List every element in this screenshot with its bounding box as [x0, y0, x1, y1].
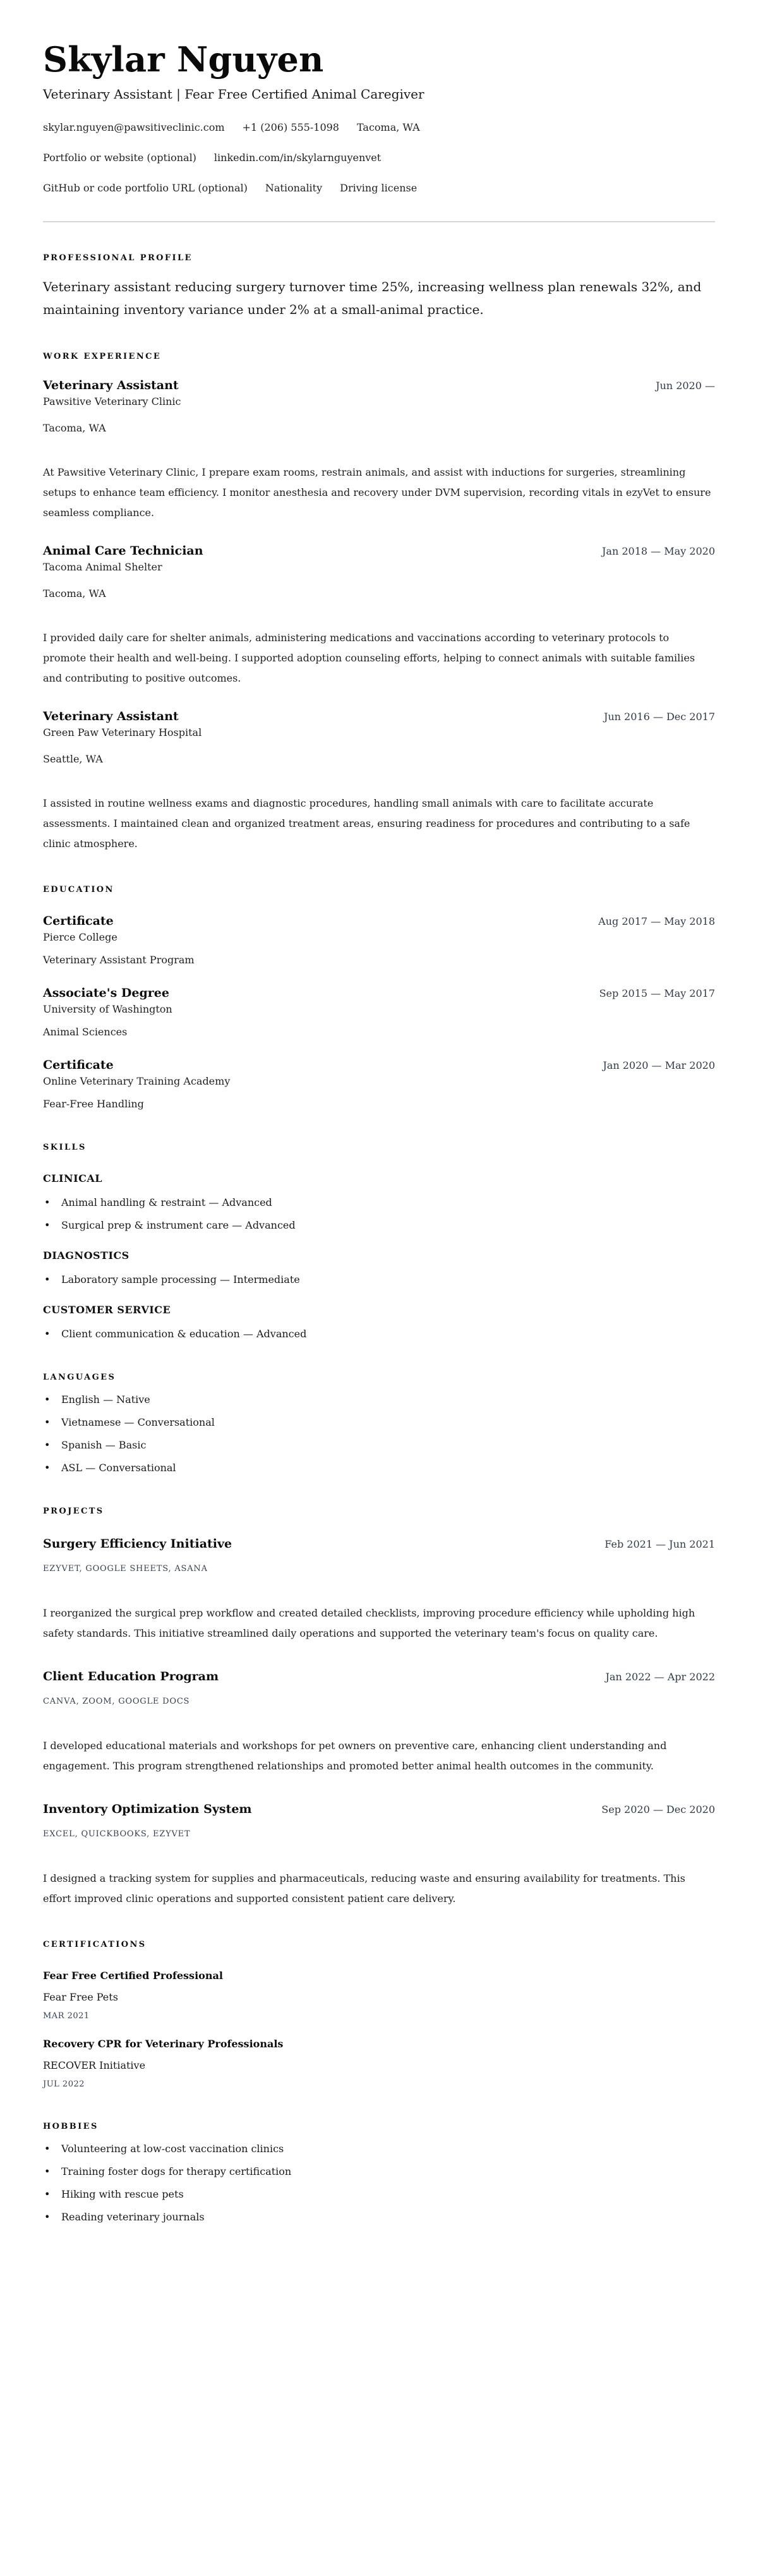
resume-header: Skylar Nguyen Veterinary Assistant | Fea… — [43, 37, 715, 222]
hobby-item: Reading veterinary journals — [43, 2210, 715, 2225]
section-title: Work Experience — [43, 351, 715, 363]
entry-header: Associate's DegreeSep 2015 — May 2017 — [43, 984, 715, 1002]
section-title: Education — [43, 884, 715, 896]
section-title: Languages — [43, 1372, 715, 1383]
contact-driving-license: Driving license — [340, 181, 417, 196]
job-title: Animal Care Technician — [43, 542, 203, 560]
degree-title: Associate's Degree — [43, 984, 169, 1002]
contact-linkedin[interactable]: linkedin.com/in/skylarnguyenvet — [214, 150, 381, 166]
company-name: Green Paw Veterinary Hospital — [43, 725, 715, 740]
language-item: Vietnamese — Conversational — [43, 1415, 715, 1430]
job-location: Tacoma, WA — [43, 586, 715, 601]
job-description: I provided daily care for shelter animal… — [43, 628, 715, 689]
entry-header: CertificateJan 2020 — Mar 2020 — [43, 1056, 715, 1074]
education-dates: Sep 2015 — May 2017 — [599, 986, 715, 1001]
contact-location: Tacoma, WA — [357, 120, 420, 135]
skill-category-title: CUSTOMER SERVICE — [43, 1303, 715, 1318]
job-dates: Jun 2016 — Dec 2017 — [604, 709, 715, 725]
school-name: Pierce College — [43, 930, 715, 945]
entry-header: Surgery Efficiency InitiativeFeb 2021 — … — [43, 1535, 715, 1553]
degree-title: Certificate — [43, 912, 114, 930]
certification-entry: Recovery CPR for Veterinary Professional… — [43, 2037, 715, 2091]
header-divider — [43, 221, 715, 222]
project-tech-stack: ezyVet, Google Sheets, Asana — [43, 1563, 715, 1575]
project-tech-stack: Canva, Zoom, Google Docs — [43, 1695, 715, 1708]
certifications-list: Fear Free Certified ProfessionalFear Fre… — [43, 1968, 715, 2091]
education-dates: Jan 2020 — Mar 2020 — [603, 1058, 715, 1073]
section-professional-profile: Professional Profile Veterinary assistan… — [43, 253, 715, 321]
field-of-study: Veterinary Assistant Program — [43, 953, 715, 968]
candidate-headline: Veterinary Assistant | Fear Free Certifi… — [43, 85, 715, 104]
contact-phone[interactable]: +1 (206) 555-1098 — [243, 120, 339, 135]
certification-name: Fear Free Certified Professional — [43, 1968, 715, 1983]
skills-list: CLINICALAnimal handling & restraint — Ad… — [43, 1171, 715, 1342]
certification-issuer: Fear Free Pets — [43, 1990, 715, 2005]
candidate-name: Skylar Nguyen — [43, 37, 715, 82]
job-location: Tacoma, WA — [43, 421, 715, 436]
project-description: I reorganized the surgical prep workflow… — [43, 1603, 715, 1644]
work-entry: Animal Care TechnicianJan 2018 — May 202… — [43, 542, 715, 689]
work-entry: Veterinary AssistantJun 2016 — Dec 2017G… — [43, 707, 715, 854]
section-projects: Projects Surgery Efficiency InitiativeFe… — [43, 1506, 715, 1909]
education-entry: Associate's DegreeSep 2015 — May 2017Uni… — [43, 984, 715, 1040]
project-dates: Feb 2021 — Jun 2021 — [605, 1537, 715, 1552]
section-hobbies: Hobbies Volunteering at low-cost vaccina… — [43, 2121, 715, 2225]
company-name: Pawsitive Veterinary Clinic — [43, 394, 715, 409]
degree-title: Certificate — [43, 1056, 114, 1074]
job-dates: Jan 2018 — May 2020 — [602, 544, 715, 559]
hobby-item: Volunteering at low-cost vaccination cli… — [43, 2141, 715, 2157]
project-entry: Surgery Efficiency InitiativeFeb 2021 — … — [43, 1535, 715, 1644]
section-certifications: Certifications Fear Free Certified Profe… — [43, 1939, 715, 2091]
project-dates: Sep 2020 — Dec 2020 — [601, 1802, 715, 1817]
certification-issuer: RECOVER Initiative — [43, 2058, 715, 2073]
contact-email[interactable]: skylar.nguyen@pawsitiveclinic.com — [43, 120, 225, 135]
job-description: I assisted in routine wellness exams and… — [43, 793, 715, 854]
entry-header: Animal Care TechnicianJan 2018 — May 202… — [43, 542, 715, 560]
section-title: Certifications — [43, 1939, 715, 1951]
project-tech-stack: Excel, QuickBooks, ezyVet — [43, 1828, 715, 1841]
resume-page: Skylar Nguyen Veterinary Assistant | Fea… — [0, 0, 758, 2250]
section-title: Hobbies — [43, 2121, 715, 2133]
section-title: Professional Profile — [43, 253, 715, 264]
education-entry: CertificateAug 2017 — May 2018Pierce Col… — [43, 912, 715, 968]
skill-list: Laboratory sample processing — Intermedi… — [43, 1272, 715, 1287]
projects-list: Surgery Efficiency InitiativeFeb 2021 — … — [43, 1535, 715, 1909]
job-title: Veterinary Assistant — [43, 707, 179, 725]
section-title: Projects — [43, 1506, 715, 1517]
section-education: Education CertificateAug 2017 — May 2018… — [43, 884, 715, 1112]
hobbies-list: Volunteering at low-cost vaccination cli… — [43, 2141, 715, 2225]
contact-row-primary: skylar.nguyen@pawsitiveclinic.com +1 (20… — [43, 120, 715, 135]
field-of-study: Fear-Free Handling — [43, 1097, 715, 1112]
project-name: Client Education Program — [43, 1668, 219, 1685]
certification-entry: Fear Free Certified ProfessionalFear Fre… — [43, 1968, 715, 2023]
job-title: Veterinary Assistant — [43, 376, 179, 394]
hobby-item: Training foster dogs for therapy certifi… — [43, 2164, 715, 2179]
language-item: ASL — Conversational — [43, 1460, 715, 1476]
profile-summary: Veterinary assistant reducing surgery tu… — [43, 275, 715, 321]
project-name: Inventory Optimization System — [43, 1800, 252, 1818]
hobby-item: Hiking with rescue pets — [43, 2187, 715, 2202]
section-languages: Languages English — NativeVietnamese — C… — [43, 1372, 715, 1476]
school-name: Online Veterinary Training Academy — [43, 1074, 715, 1089]
work-entry: Veterinary AssistantJun 2020 —Pawsitive … — [43, 376, 715, 523]
language-item: English — Native — [43, 1392, 715, 1407]
entry-header: Veterinary AssistantJun 2016 — Dec 2017 — [43, 707, 715, 725]
project-entry: Inventory Optimization SystemSep 2020 — … — [43, 1800, 715, 1909]
skill-item: Laboratory sample processing — Intermedi… — [43, 1272, 715, 1287]
section-title: Skills — [43, 1142, 715, 1153]
project-name: Surgery Efficiency Initiative — [43, 1535, 232, 1553]
certification-date: Mar 2021 — [43, 2010, 715, 2023]
entry-header: Client Education ProgramJan 2022 — Apr 2… — [43, 1668, 715, 1685]
education-dates: Aug 2017 — May 2018 — [598, 914, 715, 929]
section-skills: Skills CLINICALAnimal handling & restrai… — [43, 1142, 715, 1342]
project-dates: Jan 2022 — Apr 2022 — [606, 1670, 715, 1685]
skill-item: Client communication & education — Advan… — [43, 1327, 715, 1342]
company-name: Tacoma Animal Shelter — [43, 560, 715, 575]
contact-github[interactable]: GitHub or code portfolio URL (optional) — [43, 181, 248, 196]
education-entry: CertificateJan 2020 — Mar 2020Online Vet… — [43, 1056, 715, 1112]
languages-list: English — NativeVietnamese — Conversatio… — [43, 1392, 715, 1476]
education-list: CertificateAug 2017 — May 2018Pierce Col… — [43, 912, 715, 1112]
section-work-experience: Work Experience Veterinary AssistantJun … — [43, 351, 715, 854]
project-description: I designed a tracking system for supplie… — [43, 1869, 715, 1909]
language-item: Spanish — Basic — [43, 1438, 715, 1453]
entry-header: CertificateAug 2017 — May 2018 — [43, 912, 715, 930]
skill-category-title: CLINICAL — [43, 1171, 715, 1186]
skill-item: Surgical prep & instrument care — Advanc… — [43, 1218, 715, 1233]
project-entry: Client Education ProgramJan 2022 — Apr 2… — [43, 1668, 715, 1776]
certification-name: Recovery CPR for Veterinary Professional… — [43, 2037, 715, 2052]
project-description: I developed educational materials and wo… — [43, 1736, 715, 1776]
work-list: Veterinary AssistantJun 2020 —Pawsitive … — [43, 376, 715, 854]
contact-portfolio[interactable]: Portfolio or website (optional) — [43, 150, 196, 166]
job-location: Seattle, WA — [43, 752, 715, 767]
contact-row-extra: GitHub or code portfolio URL (optional) … — [43, 181, 715, 196]
school-name: University of Washington — [43, 1002, 715, 1017]
entry-header: Veterinary AssistantJun 2020 — — [43, 376, 715, 394]
contact-nationality: Nationality — [265, 181, 322, 196]
job-dates: Jun 2020 — — [656, 378, 715, 394]
skill-list: Client communication & education — Advan… — [43, 1327, 715, 1342]
contact-row-links: Portfolio or website (optional) linkedin… — [43, 150, 715, 166]
skill-item: Animal handling & restraint — Advanced — [43, 1195, 715, 1210]
certification-date: Jul 2022 — [43, 2078, 715, 2091]
entry-header: Inventory Optimization SystemSep 2020 — … — [43, 1800, 715, 1818]
skill-list: Animal handling & restraint — AdvancedSu… — [43, 1195, 715, 1233]
skill-category-title: DIAGNOSTICS — [43, 1248, 715, 1263]
field-of-study: Animal Sciences — [43, 1025, 715, 1040]
job-description: At Pawsitive Veterinary Clinic, I prepar… — [43, 462, 715, 523]
